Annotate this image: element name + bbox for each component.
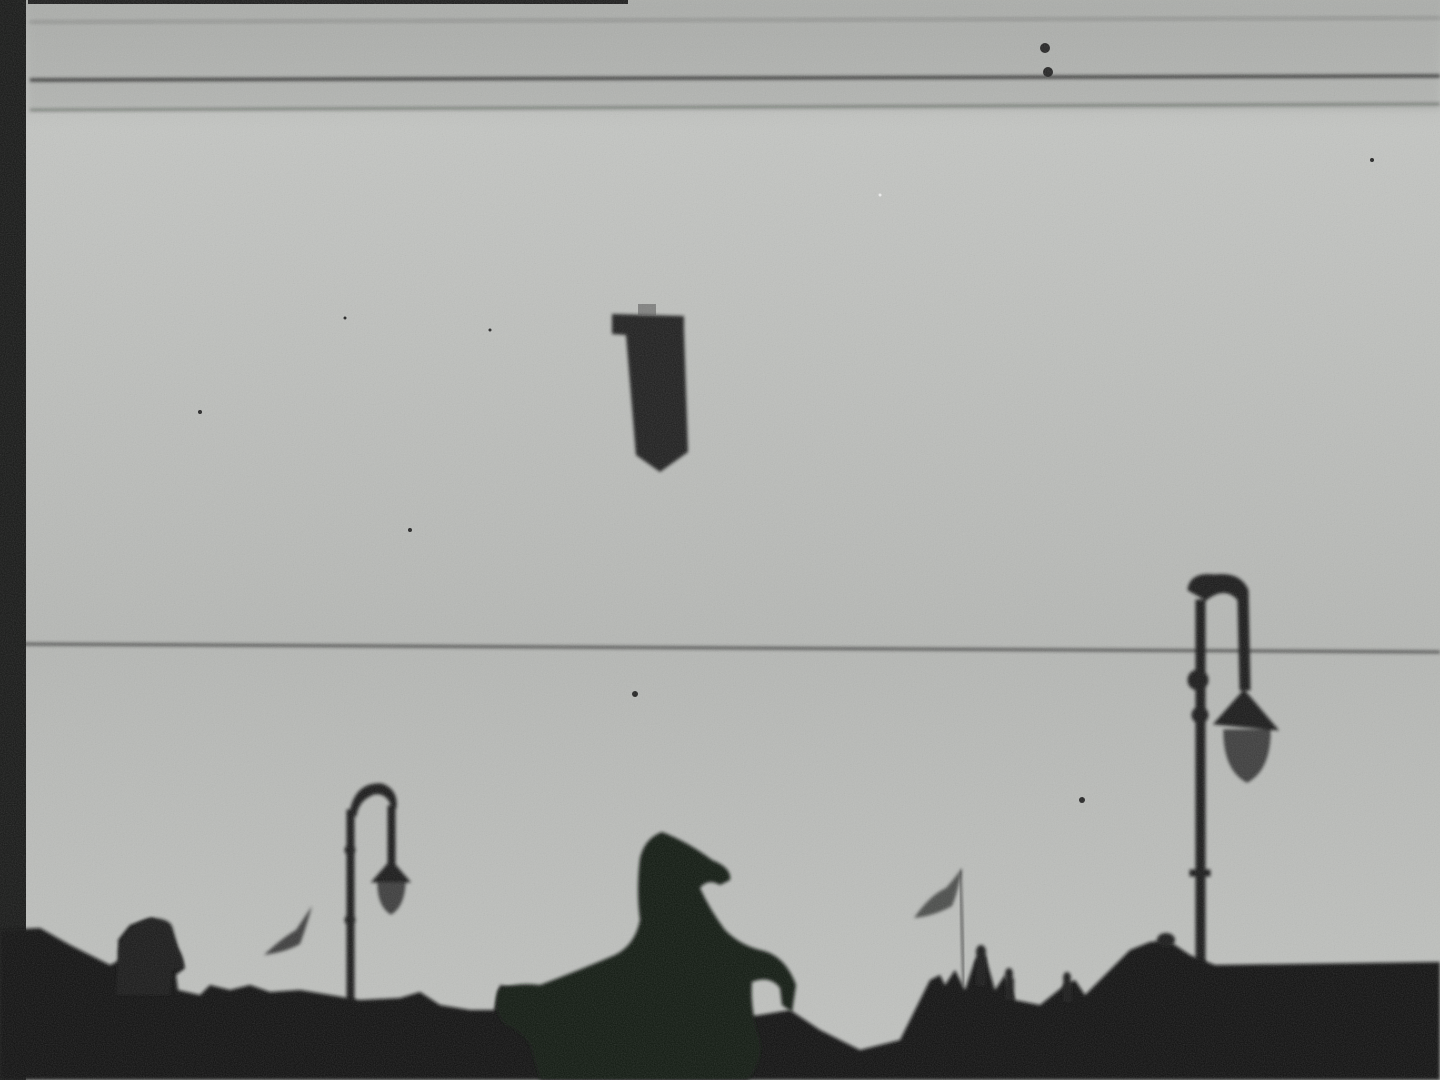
film-grain	[0, 0, 1440, 1080]
film-frame	[0, 0, 1440, 1080]
film-still-scene	[0, 0, 1440, 1080]
